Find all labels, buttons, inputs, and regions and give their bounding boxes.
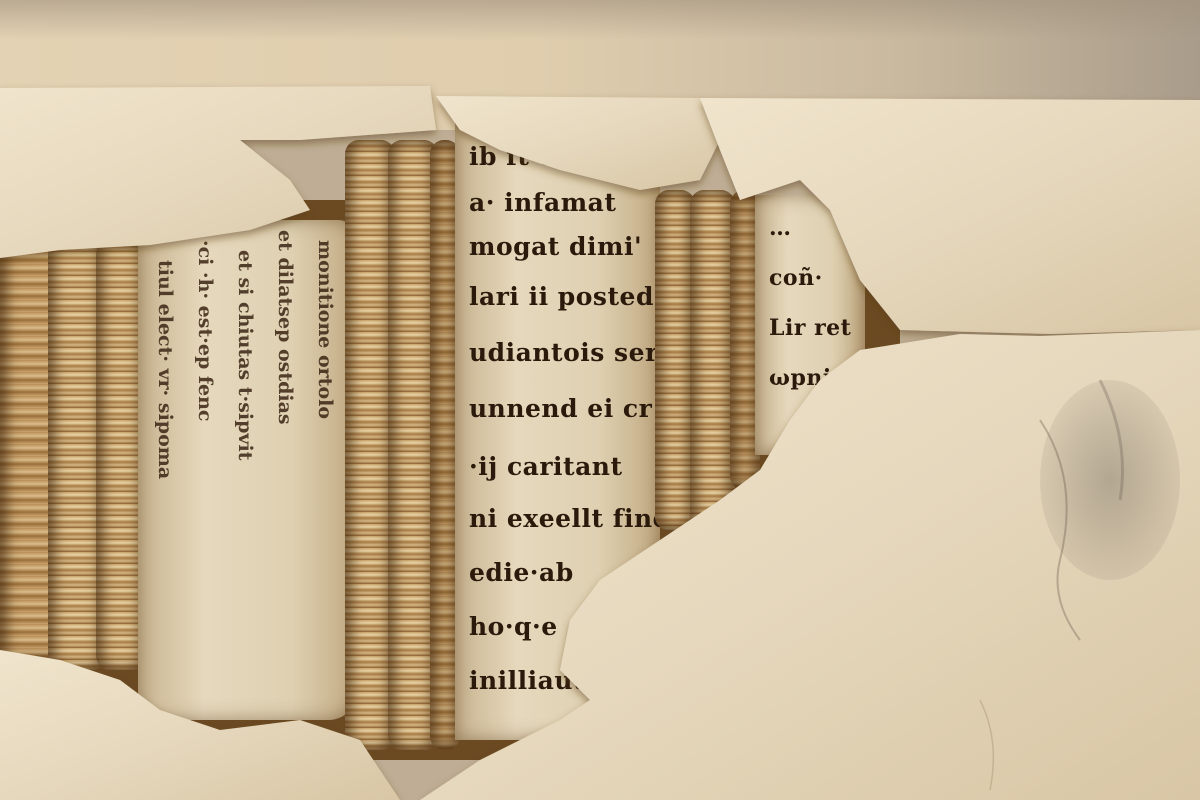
vellum-flap-top-left (0, 86, 436, 258)
photo-scene: monitione ortolo et dilatsep ostdias et … (0, 0, 1200, 800)
vellum-piece-bottom-left (0, 650, 400, 800)
vellum-flap-top-right (700, 98, 1200, 334)
vellum-flap-top-center (436, 96, 720, 190)
ink-stain (1040, 380, 1180, 580)
vellum-cover (0, 0, 1200, 800)
